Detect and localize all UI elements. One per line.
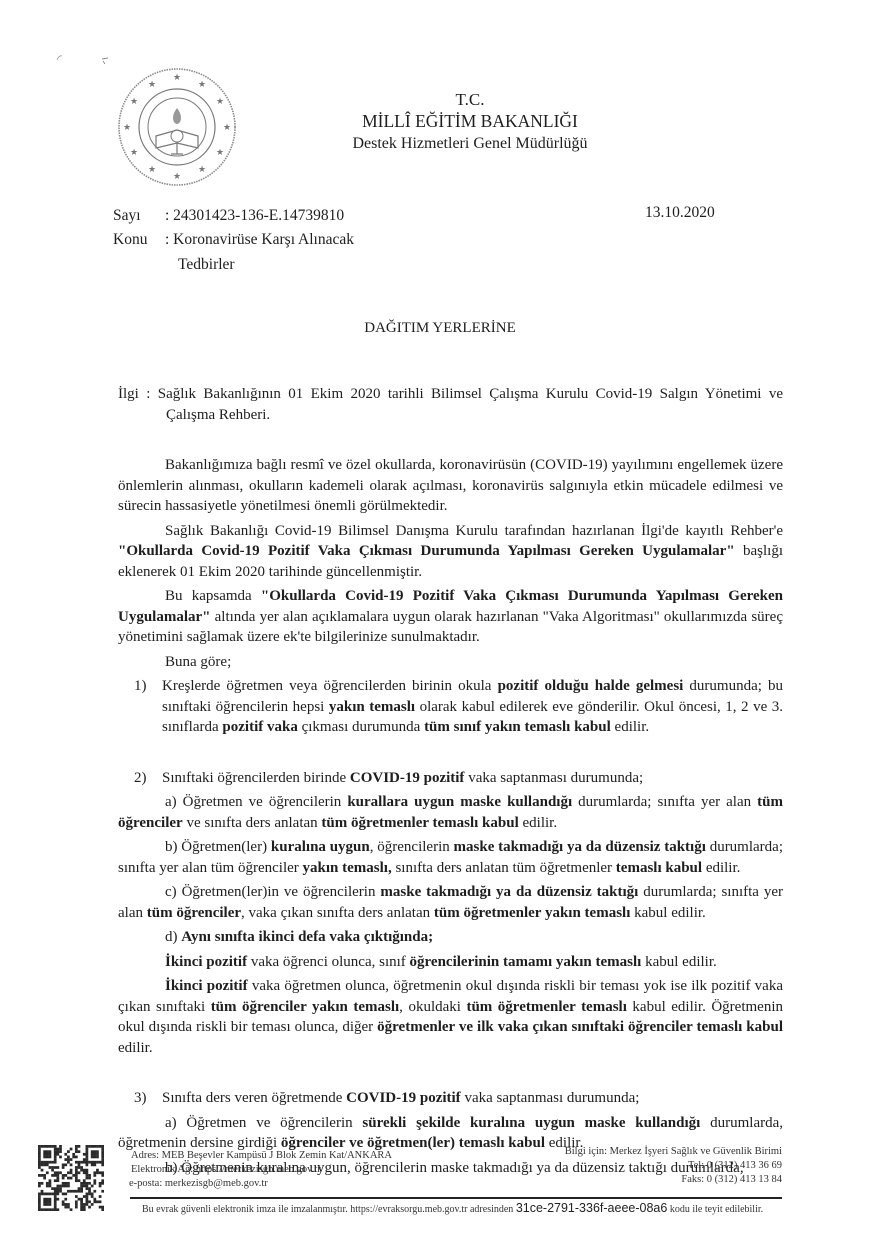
konu-value-continued: Tedbirler (178, 256, 235, 274)
list-item: 1)Kreşlerde öğretmen veya öğrencilerden … (118, 676, 783, 738)
sub-item: İkinci pozitif vaka öğrenci olunca, sını… (118, 952, 783, 973)
verification-notice: Bu evrak güvenli elektronik imza ile imz… (142, 1201, 763, 1215)
svg-text:★: ★ (148, 165, 156, 175)
konu-label: Konu (113, 231, 147, 249)
list-number: 1) (134, 676, 147, 697)
svg-text:★: ★ (130, 97, 138, 107)
footer-info: Bilgi için: Merkez İşyeri Sağlık ve Güve… (486, 1146, 782, 1157)
svg-text:★: ★ (198, 165, 206, 175)
footer-address: Adres: MEB Beşevler Kampüsü J Blok Zemin… (131, 1150, 392, 1161)
sub-item: d) Aynı sınıfta ikinci defa vaka çıktığı… (118, 927, 783, 948)
header-ministry: MİLLÎ EĞİTİM BAKANLIĞI (300, 111, 640, 132)
svg-text:★: ★ (148, 80, 156, 90)
distribution-heading: DAĞITIM YERLERİNE (300, 320, 580, 337)
svg-text:★: ★ (198, 80, 206, 90)
paragraph: Buna göre; (118, 652, 783, 673)
footer-email-link[interactable]: e-posta: merkezisgb@meb.gov.tr (129, 1178, 268, 1189)
numbered-items: 1)Kreşlerde öğretmen veya öğrencilerden … (118, 676, 783, 1178)
sayi-value: : 24301423-136-E.14739810 (165, 207, 344, 225)
scan-mark-icon (100, 56, 110, 66)
svg-text:★: ★ (216, 148, 224, 158)
svg-text:★: ★ (216, 97, 224, 107)
sub-item: c) Öğretmen(ler)in ve öğrencilerin maske… (118, 882, 783, 923)
header-country: T.C. (300, 90, 640, 110)
document-date: 13.10.2020 (645, 204, 715, 222)
meb-emblem-icon: ★★★ ★★★ ★★★ ★★★ (116, 66, 238, 188)
verification-prefix: Bu evrak güvenli elektronik imza ile imz… (142, 1204, 513, 1215)
list-item-text: 3)Sınıfta ders veren öğretmende COVID-19… (118, 1088, 783, 1109)
paragraph: Bu kapsamda "Okullarda Covid-19 Pozitif … (118, 586, 783, 648)
header-department: Destek Hizmetleri Genel Müdürlüğü (300, 135, 640, 153)
list-number: 3) (134, 1088, 147, 1109)
svg-text:★: ★ (130, 148, 138, 158)
verification-suffix: kodu ile teyit edilebilir. (670, 1204, 763, 1215)
svg-text:★: ★ (223, 123, 231, 133)
footer-divider (130, 1197, 782, 1199)
svg-text:★: ★ (173, 73, 181, 83)
sub-item: a) Öğretmen ve öğrencilerin kurallara uy… (118, 792, 783, 833)
list-number: 2) (134, 768, 147, 789)
qr-code-icon[interactable] (38, 1145, 104, 1211)
verification-code: 31ce-2791-336f-aeee-08a6 (516, 1201, 668, 1215)
sub-item: b) Öğretmen(ler) kuralına uygun, öğrenci… (118, 837, 783, 878)
footer-phone: Tel: 0 (312) 413 36 69 (486, 1160, 782, 1171)
sayi-label: Sayı (113, 207, 141, 225)
footer-web-link[interactable]: Elektronik Ağ: https://merkezisgb.meb.go… (131, 1164, 324, 1175)
sub-item: İkinci pozitif vaka öğretmen olunca, öğr… (118, 976, 783, 1058)
scan-mark-icon (56, 54, 66, 62)
konu-value: : Koronavirüse Karşı Alınacak (165, 231, 354, 249)
list-item-text: 2)Sınıftaki öğrencilerden birinde COVID-… (118, 768, 783, 789)
paragraph: Sağlık Bakanlığı Covid-19 Bilimsel Danış… (118, 521, 783, 583)
ilgi-reference: İlgi : Sağlık Bakanlığının 01 Ekim 2020 … (118, 384, 783, 425)
list-item-text: 1)Kreşlerde öğretmen veya öğrencilerden … (118, 676, 783, 738)
paragraphs: Bakanlığımıza bağlı resmî ve özel okulla… (118, 455, 783, 672)
footer-fax: Faks: 0 (312) 413 13 84 (486, 1174, 782, 1185)
svg-text:★: ★ (173, 172, 181, 182)
paragraph: Bakanlığımıza bağlı resmî ve özel okulla… (118, 455, 783, 517)
svg-text:★: ★ (123, 123, 131, 133)
list-item: 2)Sınıftaki öğrencilerden birinde COVID-… (118, 768, 783, 1059)
document-body: İlgi : Sağlık Bakanlığının 01 Ekim 2020 … (118, 384, 783, 1178)
